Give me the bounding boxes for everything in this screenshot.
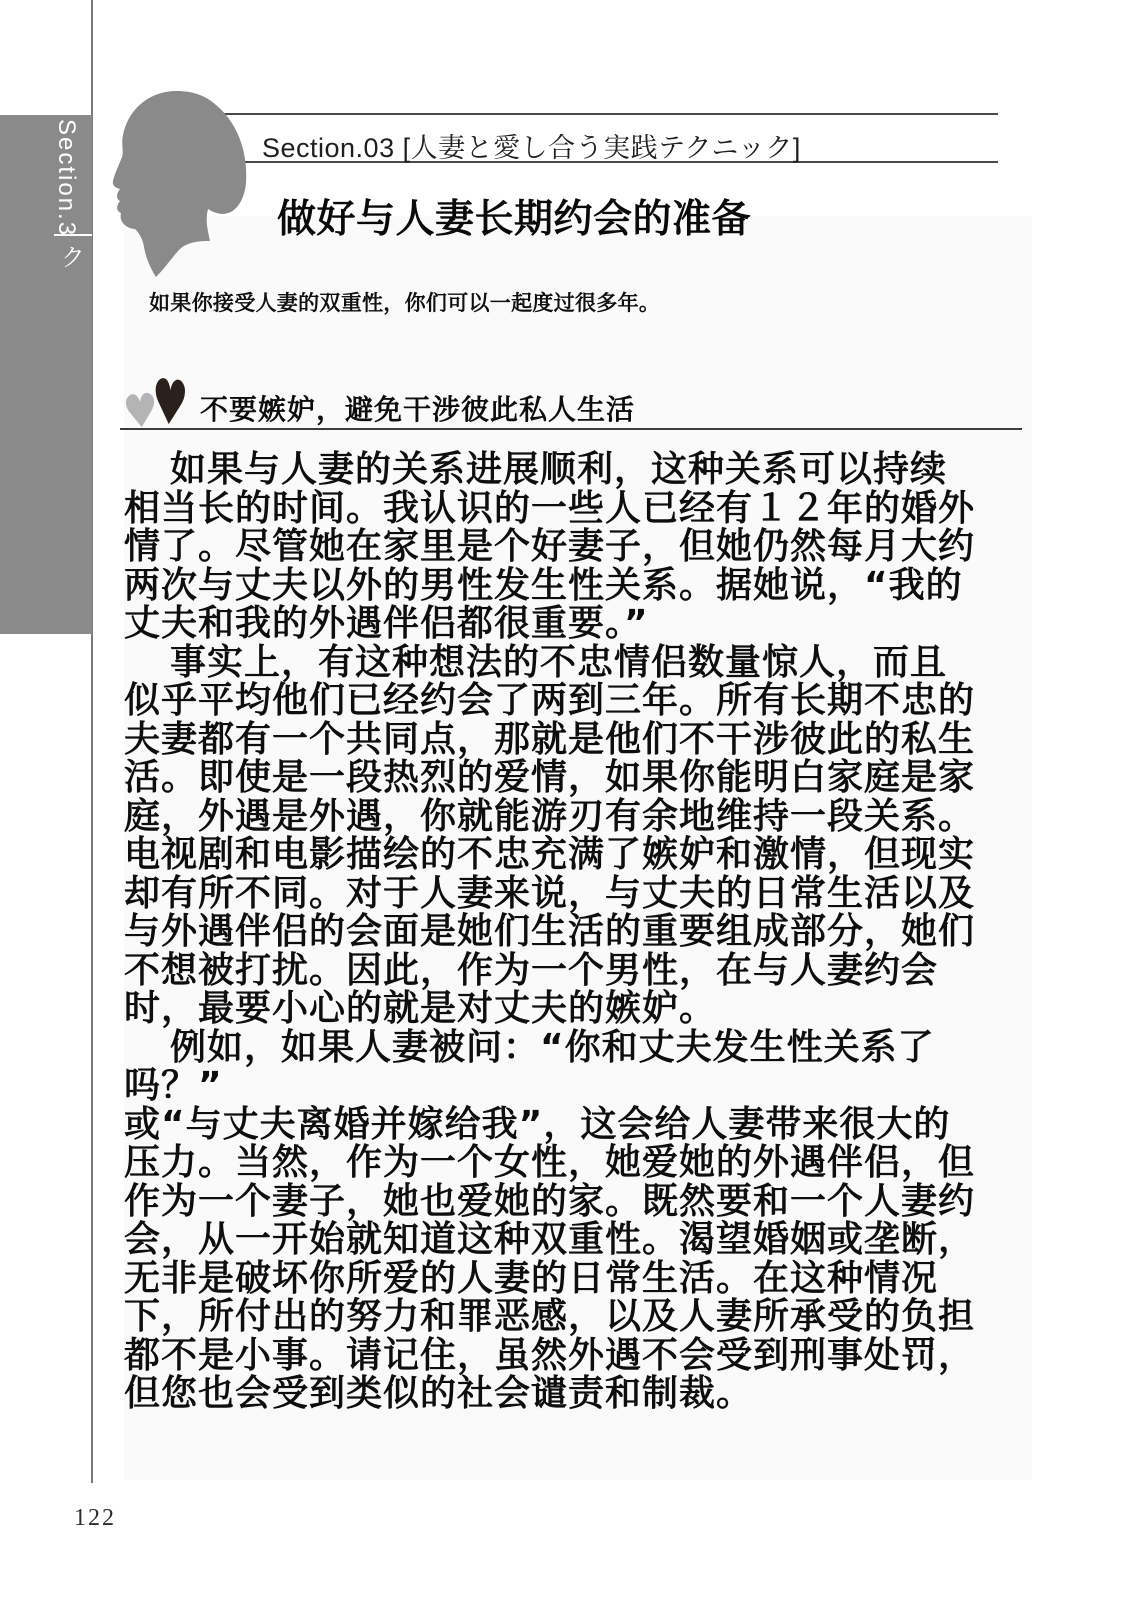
body-text: 如果与人妻的关系进展顺利，这种关系可以持续相当长的时间。我认识的一些人已经有１２… — [124, 451, 1026, 1414]
body-line: 电视剧和电影描绘的不忠充满了嫉妒和激情，但现实 — [124, 836, 1026, 875]
body-line: 两次与丈夫以外的男性发生性关系。据她说，“我的 — [124, 567, 1026, 606]
body-line: 吗？” — [124, 1067, 1026, 1106]
body-line: 作为一个妻子，她也爱她的家。既然要和一个人妻约 — [124, 1183, 1026, 1222]
body-line: 无非是破坏你所爱的人妻的日常生活。在这种情况 — [124, 1260, 1026, 1299]
silhouette-path — [113, 91, 246, 277]
body-line: 会，从一开始就知道这种双重性。渴望婚姻或垄断， — [124, 1221, 1026, 1260]
woman-profile-silhouette-icon — [112, 89, 254, 281]
book-page: Section.3 人妻と愛し合う実践テクニック Section.03 [人妻と… — [0, 0, 1128, 1600]
body-line: 庭，外遇是外遇，你就能游刃有余地维持一段关系。 — [124, 798, 1026, 837]
body-line: 如果与人妻的关系进展顺利，这种关系可以持续 — [124, 451, 1026, 490]
body-line: 下，所付出的努力和罪恶感，以及人妻所承受的负担 — [124, 1298, 1026, 1337]
sidebar-divider — [54, 234, 92, 236]
body-line: 或“与丈夫离婚并嫁给我”，这会给人妻带来很大的 — [124, 1106, 1026, 1145]
body-line: 事实上，有这种想法的不忠情侣数量惊人，而且 — [124, 644, 1026, 683]
topic-heading-rule — [120, 428, 1022, 430]
sidebar-section-tab: Section.3 人妻と愛し合う実践テクニック — [0, 115, 92, 634]
body-line: 压力。当然，作为一个女性，她爱她的外遇伴侣，但 — [124, 1144, 1026, 1183]
body-line: 时，最要小心的就是对丈夫的嫉妒。 — [124, 990, 1026, 1029]
heart-front-icon: ♥ — [150, 370, 189, 436]
section-header-text: Section.03 [人妻と愛し合う実践テクニック] — [262, 126, 801, 165]
topic-heading: 不要嫉妒，避免干涉彼此私人生活 — [200, 388, 635, 428]
body-line: 与外遇伴侣的会面是她们生活的重要组成部分，她们 — [124, 913, 1026, 952]
body-line: 不想被打扰。因此，作为一个男性，在与人妻约会 — [124, 952, 1026, 991]
page-number: 122 — [74, 1505, 116, 1532]
body-line: 情了。尽管她在家里是个好妻子，但她仍然每月大约 — [124, 528, 1026, 567]
body-line: 夫妻都有一个共同点，那就是他们不干涉彼此的私生 — [124, 721, 1026, 760]
page-title: 做好与人妻长期约会的准备 — [277, 188, 751, 244]
body-line: 例如，如果人妻被问：“你和丈夫发生性关系了 — [124, 1029, 1026, 1068]
page-subtitle: 如果你接受人妻的双重性，你们可以一起度过很多年。 — [149, 287, 660, 317]
body-line: 活。即使是一段热烈的爱情，如果你能明白家庭是家 — [124, 759, 1026, 798]
sidebar-section-label: Section.3 — [52, 119, 80, 237]
body-line: 却有所不同。对于人妻来说，与丈夫的日常生活以及 — [124, 875, 1026, 914]
sidebar-series-title: 人妻と愛し合う実践テクニック — [53, 244, 125, 634]
body-line: 但您也会受到类似的社会谴责和制裁。 — [124, 1375, 1026, 1414]
header-rule-top — [213, 113, 998, 115]
body-line: 都不是小事。请记住，虽然外遇不会受到刑事处罚， — [124, 1337, 1026, 1376]
body-line: 丈夫和我的外遇伴侣都很重要。” — [124, 605, 1026, 644]
body-line: 相当长的时间。我认识的一些人已经有１２年的婚外 — [124, 490, 1026, 529]
body-line: 似乎平均他们已经约会了两到三年。所有长期不忠的 — [124, 682, 1026, 721]
